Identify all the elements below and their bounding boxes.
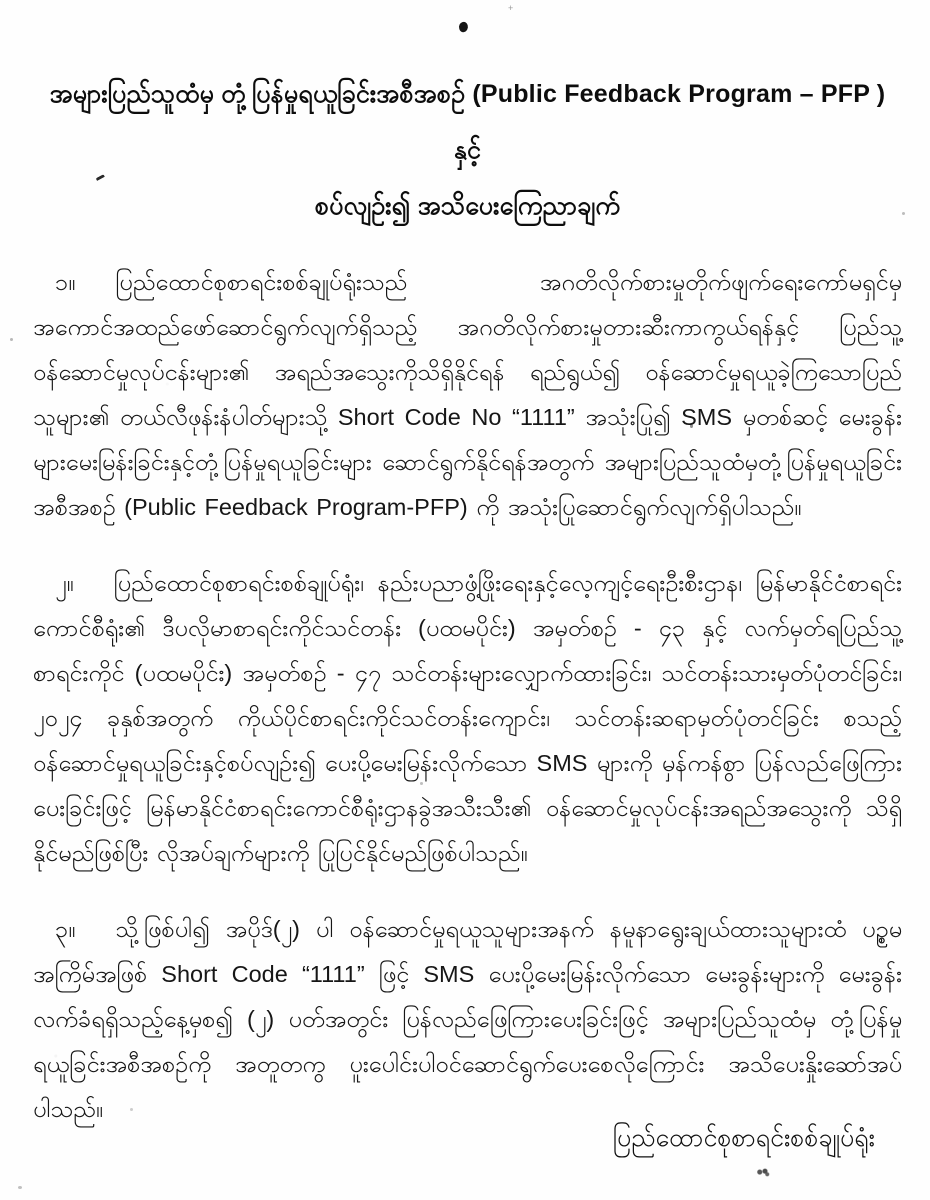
paragraph-text: ပြည်ထောင်စုစာရင်းစစ်ချုပ်ရုံး၊ နည်းပညာဖွ… [33, 570, 902, 866]
document-title-line-2: စပ်လျဉ်း၍ အသိပေးကြေညာချက် [33, 178, 902, 234]
paragraphs: ၁။ပြည်ထောင်စုစာရင်းစစ်ချုပ်ရုံးသည် အဂတိလ… [33, 260, 902, 1132]
paragraph-number: ၁။ [55, 260, 75, 305]
scan-artifact-speck [10, 338, 13, 341]
paragraph-number: ၃။ [55, 907, 75, 952]
document-title: အများပြည်သူထံမှ တုံ့ပြန်မှုရယူခြင်းအစီအစ… [33, 66, 902, 234]
paragraph-number: ၂။ [55, 561, 74, 606]
paragraph: ၂။ပြည်ထောင်စုစာရင်းစစ်ချုပ်ရုံး၊ နည်းပညာ… [33, 561, 902, 876]
document-title-line-1: အများပြည်သူထံမှ တုံ့ပြန်မှုရယူခြင်းအစီအစ… [33, 66, 902, 178]
scan-artifact-plus: + [508, 5, 514, 11]
scan-artifact-squiggle [756, 1168, 771, 1177]
paragraph: ၃။သို့ဖြစ်ပါ၍ အပိုဒ်(၂) ပါ ဝန်ဆောင်မှုရယ… [33, 907, 902, 1132]
scan-artifact-speck [18, 1186, 22, 1189]
scan-artifact-speck [902, 212, 905, 215]
signature-office-name: ပြည်ထောင်စုစာရင်းစစ်ချုပ်ရုံး [613, 1122, 875, 1159]
scanned-document-page: + အများပြည်သူထံမှ တုံ့ပြန်မှုရယူခြင်းအစီ… [0, 0, 930, 1200]
paragraph: ၁။ပြည်ထောင်စုစာရင်းစစ်ချုပ်ရုံးသည် အဂတိလ… [33, 260, 902, 530]
scan-artifact-dot [458, 21, 469, 33]
paragraph-text: ပြည်ထောင်စုစာရင်းစစ်ချုပ်ရုံးသည် အဂတိလို… [33, 269, 902, 520]
paragraph-text: သို့ဖြစ်ပါ၍ အပိုဒ်(၂) ပါ ဝန်ဆောင်မှုရယူသ… [33, 916, 902, 1122]
document-body: အများပြည်သူထံမှ တုံ့ပြန်မှုရယူခြင်းအစီအစ… [33, 66, 902, 1163]
